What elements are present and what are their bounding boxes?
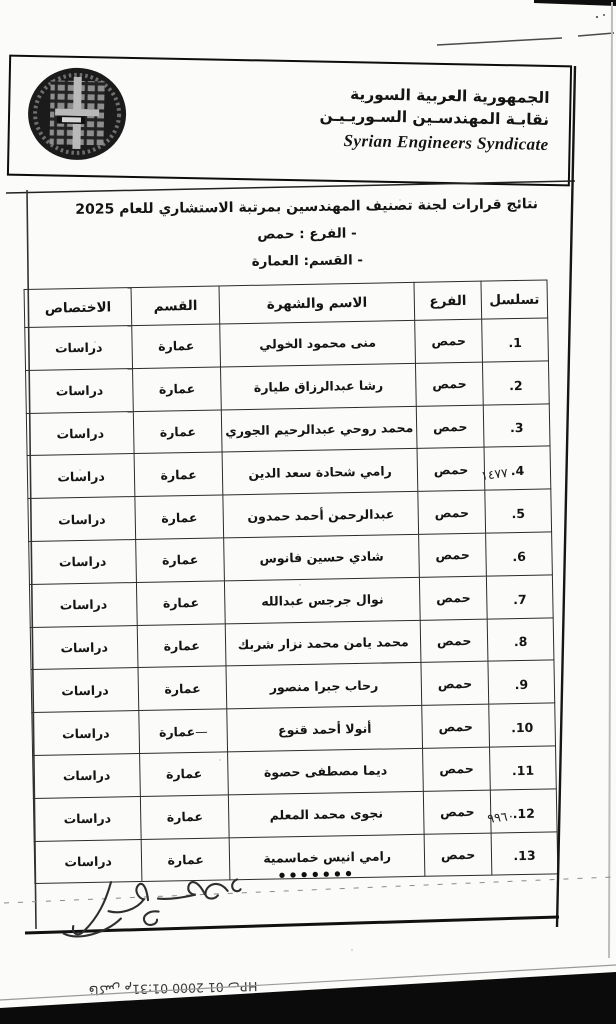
cell-branch: حمص xyxy=(420,576,488,620)
specialization-value: دراسات xyxy=(57,468,105,484)
serial-number: 7. xyxy=(513,592,527,607)
cell-specialization: دراسات xyxy=(26,411,134,456)
department-value: عمارة xyxy=(164,638,200,654)
cell-branch: حمص xyxy=(421,661,489,705)
branch-line: - الفرع : حمص xyxy=(45,223,569,245)
engineer-name: رحاب جبرا منصور xyxy=(270,677,379,694)
engineer-name: محمد يامن محمد نزار شربك xyxy=(238,634,409,652)
branch-value: حمص xyxy=(440,804,475,820)
cell-branch: حمص xyxy=(419,533,487,577)
branch-value: حمص xyxy=(441,847,476,863)
cell-branch: حمص xyxy=(420,619,488,663)
cell-department: عمارة xyxy=(137,581,226,625)
specialization-value: دراسات xyxy=(64,811,112,827)
engineer-name: ديما مصطفى حصوة xyxy=(264,763,388,780)
cell-department: عمارة xyxy=(132,324,221,368)
column-header-serial: تسلسل xyxy=(481,280,548,319)
cell-name: شادي حسين فانوس xyxy=(224,534,420,580)
cell-department: عمارة xyxy=(135,495,224,539)
column-header-specialization: الاختصاص xyxy=(24,288,132,328)
handwritten-annotation: ٩٩٦٠ xyxy=(487,808,515,826)
cell-name: عبدالرحمن أحمد حمدون xyxy=(223,492,419,538)
cell-department: عمارة xyxy=(136,538,225,582)
specialization-value: دراسات xyxy=(61,682,109,698)
engineer-name: أنولا أحمد قنوع xyxy=(278,720,372,737)
column-header-name: الاسم والشهرة xyxy=(219,282,415,324)
serial-number: 9. xyxy=(515,677,529,692)
department-value: عمارة xyxy=(167,809,203,825)
scanned-document-page: { "document": { "header": { "republic_li… xyxy=(0,0,616,1024)
cell-branch: حمص xyxy=(423,747,491,791)
cell-department: عمارة xyxy=(134,452,223,496)
serial-number: 11. xyxy=(512,763,534,778)
cell-department: عمارة xyxy=(133,367,222,411)
serial-number: 2. xyxy=(509,378,523,393)
top-right-scan-mark xyxy=(534,0,616,6)
cell-specialization: دراسات xyxy=(28,497,136,542)
cell-department: عمارة xyxy=(138,666,227,710)
cell-department: —عمارة xyxy=(139,709,228,753)
department-value: عمارة xyxy=(160,467,196,483)
specialization-value: دراسات xyxy=(56,383,104,399)
results-title: نتائج قرارات لجنة تصنيف المهندسين بمرتبة… xyxy=(45,196,569,218)
cell-specialization: دراسات xyxy=(33,753,141,798)
specialization-value: دراسات xyxy=(59,554,107,570)
column-header-branch: الفرع xyxy=(414,281,482,320)
department-value: عمارة xyxy=(160,424,196,440)
cell-department: عمارة xyxy=(141,795,230,839)
cell-department: عمارة xyxy=(141,837,230,881)
cell-department: عمارة xyxy=(134,410,223,454)
cell-specialization: دراسات xyxy=(29,582,137,627)
cell-serial: 10. xyxy=(489,703,556,747)
cell-department: عمارة xyxy=(140,752,229,796)
cell-name: محمد روحي عبدالرحيم الجوري xyxy=(221,406,417,452)
cell-serial: 4. ١٤٧٧ xyxy=(484,446,551,490)
cell-specialization: دراسات xyxy=(27,454,135,499)
cell-serial: 2. xyxy=(483,361,550,405)
branch-value: حمص xyxy=(438,718,473,734)
branch-value: حمص xyxy=(438,676,473,692)
cell-name: ديما مصطفى حصوة xyxy=(228,748,424,794)
engineer-name: عبدالرحمن أحمد حمدون xyxy=(247,506,394,524)
page-number-upside-down: صفحة ٣ xyxy=(412,974,478,996)
results-table: تسلسل الفرع الاسم والشهرة القسم الاختصاص… xyxy=(24,279,559,884)
specialization-value: دراسات xyxy=(63,768,111,784)
branch-value: حمص xyxy=(431,333,466,349)
cell-name: نوال جرجس عبدالله xyxy=(225,577,421,623)
cell-specialization: دراسات xyxy=(32,711,140,756)
cell-branch: حمص xyxy=(423,790,491,834)
engineer-name: رامي شحادة سعد الدين xyxy=(248,463,392,481)
engineer-name: نجوى محمد المعلم xyxy=(270,806,384,823)
serial-number: 6. xyxy=(512,549,526,564)
engineer-name: رشا عبدالرزاق طيارة xyxy=(254,378,384,395)
cell-specialization: دراسات xyxy=(29,540,137,585)
cell-serial: 12. ٩٩٦٠ xyxy=(490,789,557,833)
results-table-body: 1. حمص منى محمود الخولي عمارة دراسات 2. … xyxy=(25,318,558,884)
specialization-value: دراسات xyxy=(56,426,104,442)
cell-branch: حمص xyxy=(422,704,490,748)
branch-value: حمص xyxy=(434,505,469,521)
branch-value: حمص xyxy=(439,761,474,777)
header-text-block: الجمهورية العربية السورية نقابـة المهندس… xyxy=(127,59,570,158)
cell-branch: حمص xyxy=(417,448,485,492)
department-value: عمارة xyxy=(167,852,203,868)
serial-number: 4. xyxy=(511,463,525,478)
cell-branch: حمص xyxy=(416,362,484,406)
cell-name: أنولا أحمد قنوع xyxy=(227,705,423,751)
cell-specialization: دراسات xyxy=(25,326,133,371)
cell-branch: حمص xyxy=(415,319,483,363)
cell-serial: 3. xyxy=(483,404,550,448)
department-value: عمارة xyxy=(163,595,199,611)
branch-value: حمص xyxy=(436,590,471,606)
specialization-value: دراسات xyxy=(60,597,108,613)
department-value: عمارة xyxy=(159,724,195,740)
cell-name: نجوى محمد المعلم xyxy=(228,791,424,837)
handwritten-signature xyxy=(61,875,243,937)
specialization-value: دراسات xyxy=(55,340,103,356)
specialization-value: دراسات xyxy=(58,511,106,527)
cell-serial: 13. xyxy=(491,831,558,875)
cell-name: رحاب جبرا منصور xyxy=(226,663,422,709)
cell-department: عمارة xyxy=(137,623,226,667)
branch-value: حمص xyxy=(434,462,469,478)
document-title-block: نتائج قرارات لجنة تصنيف المهندسين بمرتبة… xyxy=(45,196,570,272)
department-value: عمارة xyxy=(162,552,198,568)
fax-stamp-upside-down: HPفاكس م01:31 2000 01 ت xyxy=(30,971,316,1000)
top-right-thin-line xyxy=(437,38,562,45)
department-value: عمارة xyxy=(159,381,195,397)
cell-specialization: دراسات xyxy=(33,796,141,841)
department-value: عمارة xyxy=(166,766,202,782)
top-right-thin-line-2 xyxy=(578,33,614,36)
cell-specialization: دراسات xyxy=(30,625,138,670)
cell-serial: 1. xyxy=(482,318,549,362)
cell-branch: حمص xyxy=(418,490,486,534)
cell-name: محمد يامن محمد نزار شربك xyxy=(225,620,421,666)
end-of-list-dots: ••••••• xyxy=(268,865,364,886)
serial-number: 1. xyxy=(508,335,522,350)
serial-number: 10. xyxy=(511,720,533,735)
cell-serial: 5. xyxy=(485,489,552,533)
scan-right-edge xyxy=(609,2,612,958)
cell-specialization: دراسات xyxy=(31,668,139,713)
page-frame-bottom-line xyxy=(25,917,559,933)
specialization-value: دراسات xyxy=(60,640,108,656)
cell-serial: 7. xyxy=(486,575,553,619)
cell-specialization: دراسات xyxy=(26,368,134,413)
cell-specialization: دراسات xyxy=(34,839,142,884)
cell-name: رامي شحادة سعد الدين xyxy=(222,449,418,495)
cell-serial: 6. xyxy=(486,532,553,576)
department-line: - القسم: العمارة xyxy=(45,250,569,272)
engineers-syndicate-seal-icon xyxy=(25,65,129,163)
branch-value: حمص xyxy=(435,547,470,563)
department-value: عمارة xyxy=(158,338,194,354)
engineer-name: منى محمود الخولي xyxy=(259,335,376,352)
results-table-container: تسلسل الفرع الاسم والشهرة القسم الاختصاص… xyxy=(24,279,559,884)
cell-branch: حمص xyxy=(416,405,484,449)
cell-serial: 11. xyxy=(490,746,557,790)
syndicate-header-box: الجمهورية العربية السورية نقابـة المهندس… xyxy=(7,55,572,187)
cell-name: منى محمود الخولي xyxy=(220,320,416,366)
serial-number: 8. xyxy=(514,634,528,649)
branch-value: حمص xyxy=(432,376,467,392)
branch-value: حمص xyxy=(437,633,472,649)
serial-number: 3. xyxy=(510,420,524,435)
column-header-department: القسم xyxy=(131,286,220,326)
cell-name: رشا عبدالرزاق طيارة xyxy=(221,363,417,409)
engineer-name: نوال جرجس عبدالله xyxy=(261,592,384,609)
department-value: عمارة xyxy=(164,681,200,697)
engineer-name: رامي انيس خماسمية xyxy=(263,848,391,865)
cell-serial: 8. xyxy=(487,617,554,661)
specialization-value: دراسات xyxy=(62,725,110,741)
branch-value: حمص xyxy=(433,419,468,435)
stray-pen-mark: — xyxy=(195,723,208,738)
engineer-name: محمد روحي عبدالرحيم الجوري xyxy=(225,420,413,438)
cell-serial: 9. xyxy=(488,660,555,704)
specialization-value: دراسات xyxy=(64,853,112,869)
serial-number: 13. xyxy=(513,848,535,863)
engineer-name: شادي حسين فانوس xyxy=(259,549,384,566)
handwritten-annotation: ١٤٧٧ xyxy=(480,465,508,483)
serial-number: 5. xyxy=(511,506,525,521)
serial-number: 12. xyxy=(513,805,535,820)
cell-branch: حمص xyxy=(424,833,492,877)
department-value: عمارة xyxy=(161,509,197,525)
